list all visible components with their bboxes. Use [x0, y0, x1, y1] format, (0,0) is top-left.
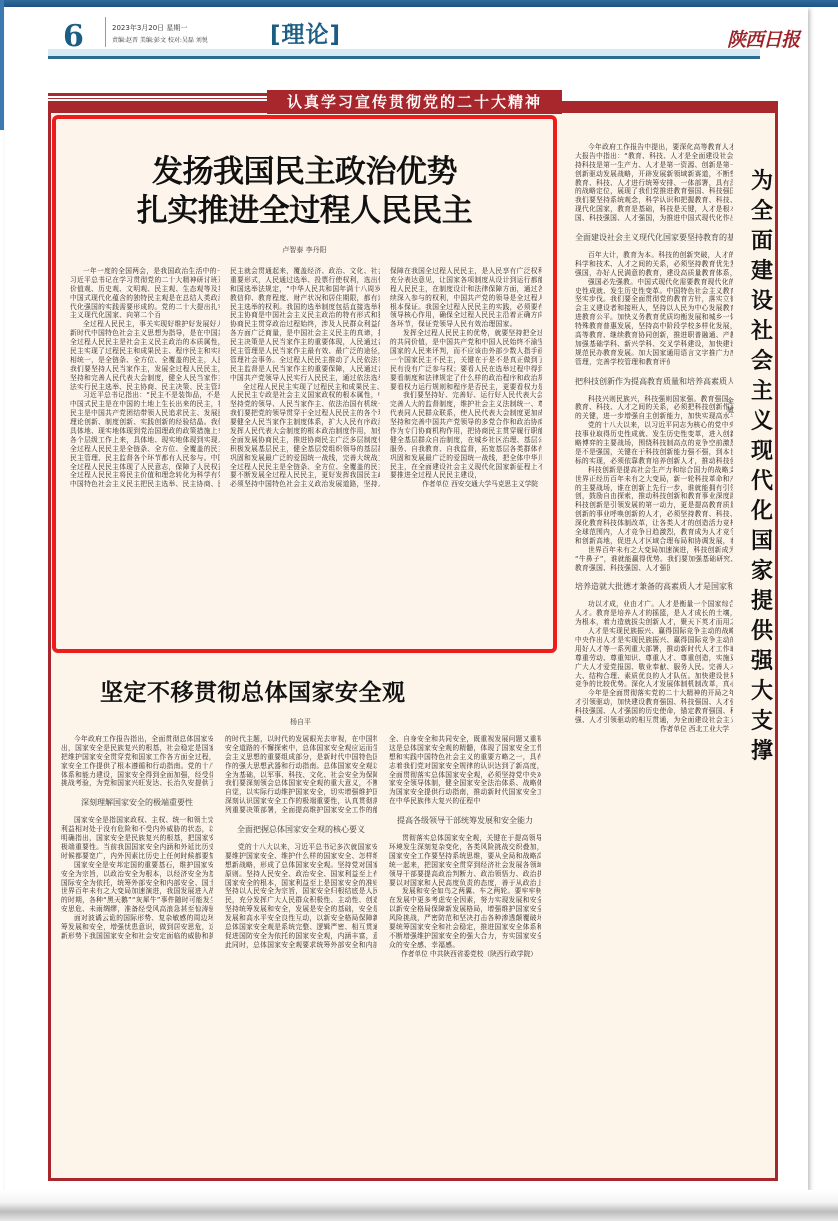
- article-subhead: 全面把握总体国家安全观的核心要义: [225, 824, 377, 835]
- article-text-line: 创，鼓励自由探索，推动科技创新和教育事业深度融合，培养大批卓越工程师和高技能人才…: [575, 492, 733, 501]
- article-text-line: 积极发展基层民主，健全基层党组织领导的基层群众自治机制，加强基层组织建设，完善办…: [230, 445, 380, 454]
- article-text-line: 管理社会事务。全过程人民民主推动了人民依法参与社会治理，保证人民依法享有广泛权利…: [230, 356, 380, 365]
- article-text-line: 领导核心作用，确保全过程人民民主沿着正确方向发展，把党的领导落实到国家治理各领域…: [390, 311, 542, 320]
- article-text-line: 价值观、历史观、文明观、民主观、生态观等及其伟大实践，是对世界现代化理论和实践的…: [70, 285, 220, 294]
- article-text-line: 国家的人民来评判，而不应该由外部少数人指手画脚来评判。“鞋子合不合脚，自己穿了才…: [390, 347, 542, 356]
- article-text-line: 坚持统筹发展和安全，发展是安全的基础，安全是发展的条件，要坚持发展和安全并重，实…: [225, 905, 377, 914]
- article-byline: 杨自平: [290, 717, 311, 727]
- author-unit: 作者单位 西北工业大学: [575, 725, 733, 734]
- article-text-line: 出，国家安全是民族复兴的根基，社会稳定是国家强盛的前提。必须坚定不移贯彻总体国家…: [61, 744, 213, 753]
- article-text-line: 全面贯彻落实总体国家安全观，必须坚持党中央对国家安全工作的集中统一领导，完善高效…: [389, 771, 541, 780]
- article-text-line: 功以才成，业由才广。人才是衡量一个国家综合国力的重要指标。国家发展靠人才，民族振…: [575, 600, 733, 609]
- article-text-line: 要以对国家和人民高度负责的态度，善于从政治上看问题，坚决维护国家主权、安全、发展…: [389, 879, 541, 888]
- article-text-line: 全过程人民民主将民主价值和理念转化为科学有效的制度安排，转化为具体现实的民主实践…: [70, 471, 220, 480]
- article-text-line: 法实行民主选举、民主协商、民主决策、民主管理、民主监督，发挥人民群众积极性、主动…: [70, 383, 220, 392]
- article-text-line: 我们要坚持系统观念，科学认识和把握教育、科技、人才之间的辩证关系，明确“全面建设…: [575, 196, 733, 205]
- article-text-line: 坚持以人民安全为宗旨，国家安全归根结底是人民安全，要坚持国家安全一切为了人民、一…: [225, 887, 377, 896]
- article-text-line: 不断增强维护国家安全的强大合力，夯实国家安全的社会基础，防范化解各类安全风险，不…: [389, 932, 541, 941]
- article-text-line: 民主选举的权利。我国的选举制度包括直接选举和间接选举，村（居）委会选举、全国人大…: [230, 303, 380, 312]
- banner-rule-thin: [48, 98, 273, 99]
- article-text-line: 民主管理、民主监督各个环节都有人民参与。中国式民主在人民内部实行广泛民主，人民当…: [70, 454, 220, 463]
- article-text-line: 今年是全面贯彻落实党的二十大精神的开局之年，我们要坚持教育优先发展，科技自立自强…: [575, 689, 733, 698]
- article-text-line: 全为基础，以军事、科技、文化、社会安全为保障，以促进国际安全为依托，维护各领域国…: [225, 771, 377, 780]
- article-text-line: 要健全人民当家作主制度体系，扩大人民有序政治参与，保证人民依法实行民主选举、民主…: [230, 418, 380, 427]
- article-text-line: 今年政府工作报告中提出，要深化高等教育人才培养模式改革。习近平总书记在党的二十: [575, 143, 733, 152]
- article-text-line: 习近平总书记在学习贯彻党的二十大精神研讨班开班式上指出，中国式现代化蕴含的独特世…: [70, 276, 220, 285]
- article-text-line: 我们要坚持好、完善好、运行好人民代表大会制度，发挥人大及其常委会在立法工作中的主…: [390, 391, 542, 400]
- article-text-line: 标的实现，必须依靠教育培养创新人才，推动科技创新、产业创新、成果转化。: [575, 457, 733, 466]
- article-text-line: 必须坚持中国特色社会主义政治发展道路，坚持人民主体地位，充分体现人民意志、保障人…: [230, 480, 380, 489]
- article-subhead: 提高各级领导干部统筹发展和安全能力: [389, 815, 541, 826]
- article-text-line: 民主是中国共产党团结带领人民追求民主、发展民主、实现民主的伟大创造，是党不断推进…: [70, 409, 220, 418]
- article-text-line: 民主实现了过程民主和成果民主、程序民主和实质民主、直接民主和间接民主、人民民主和…: [70, 347, 220, 356]
- article-text-line: 尊重劳动、尊重知识、尊重人才、尊重创造，实施更加积极、更加开放、更加有效的人才政…: [575, 654, 733, 663]
- article-text-line: 深刻认识国家安全工作的极端重要性，认真贯彻落实习近平同志为核心的党中央关于国家安…: [225, 797, 377, 806]
- article-text-line: 时候都要宽广，内外因素比历史上任何时候都要复杂，必须坚持总体国家安全观。: [61, 852, 213, 861]
- article-text-line: 要维护国家安全、维护什么样的国家安全、怎样维护国家安全等重大问题，提出了一系列新…: [225, 852, 377, 861]
- article-text-line: 极端重要性。当前我国国家安全内涵和外延比历史上任何时候都要丰富，时空领域比历史上…: [61, 843, 213, 852]
- article-text-line: 创新驱动发展战略，开辟发展新领域新赛道，不断塑造发展新动能新优势。”党的二十大报…: [575, 170, 733, 179]
- article-text-line: 筹发展和安全，增强忧患意识，做到居安思危，这是我们党治国理政的一个重大原则。: [61, 923, 213, 932]
- article-text-line: 志着我们党对国家安全规律的认识达到了新高度，实现了国家安全理论的重大创新。: [389, 762, 541, 771]
- article-text-line: 史性成就、发生历史性变革。中国特色社会主义教育制度体系主体框架基本确立，教育现代…: [575, 287, 733, 296]
- article-text-line: 和创新高地，促进人才区域合理布局和协调发展，着力形成人才国际竞争的比较优势。: [575, 537, 733, 546]
- article-text-line: 世界百年未有之大变局加速演进，我国发展进入战略机遇和风险挑战并存、不确定难预料因…: [61, 887, 213, 896]
- article-text-line: 教育、科技、人才进行统筹安排、一体部署，具有深远意义，点明了教育、科技、人才在现…: [575, 179, 733, 188]
- article-text-line: 人才是实现民族振兴、赢得国际竞争主动的战略资源。党的十八大以来，以习近平同志为核…: [575, 627, 733, 636]
- article-text-line: 以新安全格局保障新发展格局，增强维护国家安全能力，提高防范化解重大风险能力，有效…: [389, 905, 541, 914]
- article-text-line: 一个国家民主不民主，关键在于是不是真正做到了人民当家作主，要看人民有没有投票权，…: [390, 356, 542, 365]
- article-text-line: 利益相对处于没有危险和不受内外威胁的状态，以及保障持续安全状态的能力。党的二十大…: [61, 825, 213, 834]
- article-text-line: 世界百年未有之大变局加速演进，科技创新成为国际战略博弈的主要战场，谁牵住了科技创…: [575, 546, 733, 555]
- topic-banner: 认真学习宣传贯彻党的二十大精神: [267, 90, 562, 114]
- article-text-line: 巩固和发展最广泛的爱国统一战线，完善大统战工作格局，坚持好、发展好、完善好中国新…: [230, 454, 380, 463]
- article-text-line: 安思危、未雨绸缪，准备经受风高浪急甚至惊涛骇浪的重大考验。: [61, 905, 213, 914]
- article-text-line: 教育强国、科技强国、人才强国，加快建设高质量发展。: [575, 564, 670, 573]
- article-text-line: 科技兴则民族兴，科技强则国家强。教育强国、科技强国、人才强国建设，协调推进，必须…: [575, 395, 733, 404]
- article-text-line: 代表同人民群众联系，使人民代表大会制度更加成熟、更加定型。: [390, 409, 542, 418]
- article-text-line: 民主管理是人民当家作主最有效、最广泛的途径，人民依法管理国家事务，管理经济和文化…: [230, 347, 380, 356]
- article-text-line: 安全为宗旨，以政治安全为根本，以经济安全为基础，以军事、科技、文化、社会安全为保…: [61, 870, 213, 879]
- article-text-line: 的时代主题，以时代的发展眼光去审视，在中国特色国家安全道路上，统筹推进国家安全的…: [225, 735, 377, 744]
- article-text-line: 教信仰、教育程度、财产状况和居住期限，都有选举权和被选举权”，这在法律上保证了人…: [230, 294, 380, 303]
- article-column: 今年政府工作报告中提出，要深化高等教育人才培养模式改革。习近平总书记在党的二十大…: [575, 143, 733, 1163]
- article-text-line: 要看权力运行规则和程序是否民主，更要看权力是否真正受到人民监督和制约。: [390, 383, 542, 392]
- article-text-line: 国家安全工作要坚持系统思维，要从全局和战略高度谋划安全工作，把“发展要安全”和“…: [389, 852, 541, 861]
- article-text-line: 全过程人民民主是全链条、全方位、全覆盖的民主，是最广泛、最真实、最管用的社会主义…: [230, 463, 380, 472]
- article-text-line: 的关键，进一步增强自主创新能力，加快实现高水平科技自立自强。: [575, 412, 733, 421]
- article-text-line: 相统一，是全链条、全方位、全覆盖的民主，人民群众广泛参与政治生活和社会治理的各个…: [70, 356, 220, 365]
- article-text-line: 各环节，保证党领导人民有效治理国家。: [390, 320, 542, 329]
- article-text-line: 协商民主贯穿政治过程始终，涉及人民群众利益的大量决策和工作，主要发生在基层。在人…: [230, 320, 380, 329]
- article-text-line: 发挥全过程人民民主的优势，就要坚持把全过程人民民主贯穿到国家治理之中。民主是全人…: [390, 329, 542, 338]
- article-text-line: 略博弈的主要战场，围绕科技制高点的竞争空前激烈。我们必须坚持科技是第一生产力，一…: [575, 439, 733, 448]
- article-text-line: 一年一度的全国两会，是我国政治生活中的一件大事，是全过程人民民主的生动体现。前不…: [70, 267, 220, 276]
- article-column: 保障在我国全过程人民民主，是人民享有广泛权利，人民民主参与不断扩大，让人民在广泛…: [390, 267, 542, 642]
- article-text-line: 国家安全的根本，国家利益至上是国家安全的准则，实现人民安居乐业、党的长期执政、国…: [225, 879, 377, 888]
- article-text-line: 全过程人民民主是全链条、全方位、全覆盖的民主，全链条体现在民主选举、民主协商、民…: [70, 445, 220, 454]
- article-text-line: 技事业取得历史性成就、发生历史性变革，进入创新型国家行列。当今世界，科技创新已成…: [575, 430, 733, 439]
- article-text-line: 民主协商是中国社会主义民主政治的特有形式和独特优势，是党的群众路线在政治领域的重…: [230, 311, 380, 320]
- article-text-line: 规范民办教育发展。加大国家通用语言文字推广力度。深化教育领域综合改革，加强教材建…: [575, 349, 733, 358]
- article-text-line: 现代化国家，教育是基础，科技是关键，人才是根本”，在全面推进三者有机统一中，加快…: [575, 205, 733, 214]
- banner-rule: [48, 93, 273, 96]
- article-text-line: 中国式现代化蕴含的独特民主观是在总结人类政治文明发展史基础上提出来的，也是建设社…: [70, 294, 220, 303]
- article-text-line: 大报告中指出：“教育、科技、人才是全面建设社会主义现代化国家的基础性、战略性支撑…: [575, 152, 733, 161]
- article-text-line: 安全道路的不懈探索中，总体国家安全观应运而生，总体国家安全观是习近平新时代中国特…: [225, 744, 377, 753]
- newspaper-page: 6 2023年3月20日 星期一 责编:赵晋 美编:彭文 校对:吴磊 刘悦 [理…: [5, 7, 808, 1190]
- article-column: 一年一度的全国两会，是我国政治生活中的一件大事，是全过程人民民主的生动体现。前不…: [70, 267, 220, 637]
- article-text-line: 党的十八大以来，以习近平同志为核心的党中央把科技创新摆在国家发展全局的核心位置，…: [575, 421, 733, 430]
- masthead: 6 2023年3月20日 星期一 责编:赵晋 美编:彭文 校对:吴磊 刘悦 [理…: [5, 7, 808, 67]
- article-text-line: 明确指出，国家安全是民族复兴的根基，把国家安全提升到前所未有的高度，充分说明国家…: [61, 834, 213, 843]
- highlighted-article[interactable]: 发扬我国民主政治优势 扎实推进全过程人民民主 卢智泰 李丹阳 一年一度的全国两会…: [52, 115, 557, 653]
- article-text-line: 众的安全感、幸福感。: [389, 941, 541, 950]
- article-text-line: 全球范围内，人才竞争日趋激烈，教育成为人才竞争的主阵地，必须加快建设世界重要人才…: [575, 528, 733, 537]
- article-text-line: 在发展中更多考虑安全因素，努力实现发展和安全的动态平衡，全面提高国家安全工作能力…: [389, 896, 541, 905]
- article-text-line: 和国选举法规定，“中华人民共和国年满十八周岁的公民，不分民族、种族、性别、职业、…: [230, 285, 380, 294]
- article-column: 的时代主题，以时代的发展眼光去审视，在中国特色国家安全道路上，统筹推进国家安全的…: [225, 735, 377, 1160]
- article-text-line: 理论创新、制度创新、实践创新的经验结晶。我们要继续推进全过程人民民主建设，把人民…: [70, 418, 220, 427]
- article-text-line: 原则。坚持人民安全、政治安全、国家利益至上有机统一，人民安全是国家安全的宗旨，政…: [225, 870, 377, 879]
- article-subhead: 深刻理解国家安全的极端重要性: [61, 797, 213, 808]
- article-text-line: 全过程人民民主实现了过程民主和成果民主、程序民主和实质民主、直接民主和间接民主的…: [230, 383, 380, 392]
- article-text-line: 深化教育科技体制改革，让各类人才的创造活力竞相迸发、聪明才智充分涌流。: [575, 519, 733, 528]
- article-text-line: 发挥人民代表大会制度的根本政治制度作用，加强人大对“一府一委两院”的监督，完善制…: [230, 427, 380, 436]
- masthead-rule-dark: [48, 56, 760, 59]
- article-text-line: 百年大计，教育为本。科技的创新突破，人才的培养都依赖于教育的基础性支撑。正确认识…: [575, 251, 733, 260]
- article-text-line: 促进国防安全为依托的国家安全观，内涵丰富，意蕴深厚，彰显了中国特色国家安全的理论…: [225, 932, 377, 941]
- article-text-line: 高等教育、继续教育协同创新，推进职普融通、产教融合、科教融汇，优化职业教育类型定…: [575, 331, 733, 340]
- article-text-line: 今年政府工作报告指出，全面贯彻总体国家安全观，国家安全能力持续提升。党的二十大报…: [61, 735, 213, 744]
- article-text-line: 根本保证。我国全过程人民民主的实践，必须要有中国共产党的领导，发挥总揽全局、协调…: [390, 303, 542, 312]
- article-text-line: 把维护国家安全贯穿党和国家工作各方面全过程，确保国家安全和社会稳定。”这为我们新…: [61, 753, 213, 762]
- viewer-bottom-edge: [0, 1190, 838, 1221]
- article-text-line: 充分表达意见，让国家各项制度从设计到运行都能符合最广大人民的利益。最重要的，体现…: [390, 276, 542, 285]
- article-text-line: 党的十八大以来，习近平总书记多次就国家安全工作发表重要讲话，系统回答了新时代中国…: [225, 843, 377, 852]
- article-text-line: 在中华民族伟大复兴的征程中行稳致远，为实现第二个百年奋斗目标提供坚强保障。: [389, 797, 480, 806]
- article-text-line: 国、科技强国、人才强国，为推进中国式现代化作出更大贡献。: [575, 214, 733, 223]
- article-text-line: 的时期，各种“黑天鹅”“灰犀牛”事件随时可能发生，我们必须增强忧患意识，坚持底线…: [61, 896, 213, 905]
- article-text-line: 坚持党的领导、人民当家作主、依法治国有机统一，是我国社会主义民主政治发展的必然要…: [230, 400, 380, 409]
- article-text-line: 为国家安全提供行动指南，推动新时代国家安全工作取得历史性成就、发生历史性变革，确…: [389, 788, 541, 797]
- article-headline: 坚定不移贯彻总体国家安全观: [100, 674, 406, 707]
- article-text-line: 会主义建设者和接班人，坚持以人民为中心发展教育，加快建设高质量教育体系，发展素质…: [575, 304, 733, 313]
- article-text-line: 此同时，总体国家安全观要求统筹外部安全和内部安全、国土安全和国民安全、传统安全和…: [225, 941, 377, 950]
- article-text-line: 的主要战场，谁在创新上先行一步，谁就能拥有引领发展的主动权。我们必须加强基础研究…: [575, 484, 733, 493]
- article-subhead: 把科技创新作为提高教育质量和培养高素质人才的关键: [575, 376, 733, 387]
- article-text-line: 竞争的比较优势。深化人才发展体制机制改革，真心爱才、悉心育才、倾心引才、精心用才…: [575, 680, 733, 689]
- article-text-line: 才引领驱动，加快建设教育强国、科技强国、人才强国，全面提高人才自主培养质量，着力…: [575, 698, 733, 707]
- article-text-line: 的共同价值，是中国共产党和中国人民始终不渝坚持的重要理念。一个国家是不是民主，应…: [390, 338, 542, 347]
- article-text-line: 我们要把党的领导贯穿于全过程人民民主的各个环节，确保全过程人民民主的正确政治方向…: [230, 409, 380, 418]
- author-unit: 作者单位 西安交通大学马克思主义学院: [390, 480, 542, 489]
- article-text-line: 特殊教育普惠发展，坚持高中阶段学校多样化发展，完善覆盖全学段学生资助体系。统筹职…: [575, 322, 733, 331]
- article-column: 民主就会贯通起来，覆盖经济、政治、文化、社会、生态文明等各个方面，民主选举是中国…: [230, 267, 380, 637]
- article-text-line: 全过程人民民主是社会主义民主政治的本质属性，是最广泛、最真实、最管用的民主。全过…: [70, 338, 220, 347]
- article-column: 今年政府工作报告指出，全面贯彻总体国家安全观，国家安全能力持续提升。党的二十大报…: [61, 735, 213, 1160]
- article-text-line: 大、结构合理、素质优良的人才队伍。加快建设世界重要人才中心和创新高地，着力形成人…: [575, 672, 733, 681]
- article-text-line: 中国式民主是在中国的土地上生长出来的民主，符合中国国情，具有鲜明的中国特色。全过…: [70, 400, 220, 409]
- article-text-line: 民，充分发挥广大人民群众积极性、主动性、创造性，筑牢国家安全人民防线。: [225, 896, 377, 905]
- article-text-line: 具体地、现实地体现到党治国理政的政策措施上来，具体地、现实地体现到党和国家机关各…: [70, 427, 220, 436]
- article-text-line: 主义现代化国家、向第二个百年奋斗目标进军新征程中对民主政治作出的重大部署。: [70, 311, 160, 320]
- article-text-line: 民主决策是人民当家作主的重要体现，人民通过各种途径和形式参与决策，保证决策更加科…: [230, 338, 380, 347]
- article-text-line: 体系和能力建设，国家安全得到全面加强，经受住了来自政治、经济、意识形态、自然界等…: [61, 771, 213, 780]
- author-unit: 作者单位 中共陕西省委党校（陕西行政学院）: [389, 950, 541, 959]
- article-text-line: 人才。教育是培养人才的摇篮，是人才成长的土壤，必须坚持以教育为基础、以科技为支撑…: [575, 609, 733, 618]
- article-text-line: 强国必先强教。中国式现代化需要教育现代化的支撑。党的十八大以来，我国教育事业取得…: [575, 278, 733, 287]
- article-text-line: 全、自身安全和共同安全，既重视发展问题又重视安全问题，统筹维护和塑造国家安全。: [389, 735, 541, 744]
- article-text-line: 我们要坚持人民当家作主，发展全过程人民民主，保障人民当家作主，充分发挥人民群众的…: [70, 365, 220, 374]
- article-text-line: 新时代中国特色社会主义思想为指导，是在中国共产党领导下社会主义民主政治发展的重要…: [70, 329, 220, 338]
- article-text-line: 挑战考验，为党和国家兴旺发达、长治久安提供了有力保证。: [61, 779, 213, 788]
- article-text-line: 全过程人民民主体现了人民意志，保障了人民权益，激发了人民创造活力，具有强大的生命…: [70, 463, 220, 472]
- article-text-line: 健全基层群众自治制度，在城乡社区治理、基层公共事务和公益事业中广泛实行群众自我管…: [390, 436, 542, 445]
- article-text-line: 中央作出人才是实现民族振兴、赢得国际竞争主动的战略资源的重大判断，作出全方位培养…: [575, 636, 733, 645]
- article-text-line: 强、人才引领驱动的相互贯通，为全面建设社会主义现代化国家汇聚强大动力、提供强大支…: [575, 716, 733, 725]
- article-text-line: 要统筹国家安全和社会稳定，推进国家安全体系和能力现代化，坚定不移走中国特色国家安…: [389, 923, 541, 932]
- article-text-line: 人民民主专政是社会主义国家政权的根本属性，中国共产党领导是全过程人民民主的根本保…: [230, 391, 380, 400]
- article-text-line: 教育、科技、人才之间的关系，必须把科技创新作为推动教育发展、提高教育质量和培养高…: [575, 403, 733, 412]
- article-text-line: 科学和技术、人才之间的关系，必须坚持教育优先发展，把教育放在更加突出的位置，加快…: [575, 260, 733, 269]
- issue-date: 2023年3月20日 星期一: [112, 23, 187, 33]
- article-text-line: 代化强国的实践需要形成的。党的二十大提出扎实推进全过程人民民主，这是我们党在全面…: [70, 303, 220, 312]
- article-text-line: 总体国家安全观是系统完整、逻辑严密、相互贯通的科学理论体系，内涵丰富、思想深邃，…: [225, 923, 377, 932]
- article-text-line: “牛鼻子”，谁就能赢得优势。我们要加强基础研究、应用基础研究，推动科教融合发展，…: [575, 555, 733, 564]
- article-text-line: 的战略定位，展现了我们党推进教育强国、科技强国、人才强国建设的宏大视野和战略格局…: [575, 187, 733, 196]
- article-text-line: 是不是强国，关键在于科技创新能力强不强，到本世纪中叶建成科技强国，支撑第二个百年…: [575, 448, 733, 457]
- article-subhead: 全面建设社会主义现代化国家要坚持教育的基础性地位: [575, 232, 733, 243]
- article-byline: 卢智泰 李丹阳: [56, 245, 553, 255]
- article-text-line: 重要形式，人民通过选举、投票行使权利，选出代表自己意愿的人来掌握并行使权力。中华…: [230, 276, 380, 285]
- article-text-line: 要看制度和法律规定了什么样的政治程序和政治规则，更要看这些制度和法律是不是真正得…: [390, 374, 542, 383]
- article-text-line: 强国，办好人民满意的教育，建设高质量教育体系，为科技和人才发展奠定坚实基础。: [575, 269, 733, 278]
- article-text-line: 领导干部要提高政治判断力、政治领悟力、政治执行力，在风险面前有效应对，在挑战面前…: [389, 870, 541, 879]
- article-text-line: 国家安全是指国家政权、主权、统一和领土完整、人民福祉、经济社会可持续发展和国家其…: [61, 816, 213, 825]
- article-byline: 金敏: [727, 397, 737, 415]
- article-text-line: 持科技是第一生产力、人才是第一资源、创新是第一动力，深入实施科教兴国战略、人才强…: [575, 161, 733, 170]
- article-text-line: 统一起来，把国家安全贯穿到经济社会发展各领域全过程，防范化解重大风险，增强忧患意…: [389, 861, 541, 870]
- article-headline-vertical: 为全面建设社会主义现代化国家提供强大支撑: [747, 167, 777, 767]
- article-text-line: 想和实践中国特色社会主义的重要方略之一，具有重大理论意义、历史意义、时代意义和实…: [389, 753, 541, 762]
- viewer-top-bar: [0, 0, 838, 7]
- article-text-line: 作的强大思想武器和行动指南。总体国家安全观以人民安全为宗旨，以政治安全为根本，以…: [225, 762, 377, 771]
- article-text-line: 巩固和发展最广泛的爱国统一战线，把全体中华儿女更加紧密地团结起来，坚持好、发展好…: [390, 454, 542, 463]
- editorial-staff: 责编:赵晋 美编:彭文 校对:吴磊 刘悦: [112, 35, 208, 44]
- article-text-line: 世界正经历百年未有之大变局，新一轮科技革命和产业变革深入发展，科技创新成为国际战…: [575, 475, 733, 484]
- article-text-line: 科技强国、人才强国的历史使命，锚定教育强国、科技强国、人才强国建设目标，推动教育…: [575, 707, 733, 716]
- article-text-line: 各个层级工作上来，具体地、现实地体现到实现人民对美好生活向往的工作上来。: [70, 436, 220, 445]
- article-text-line: 家安全领导体制，健全国家安全法治体系、战略体系、政策体系、风险监测预警体系、国家…: [389, 779, 541, 788]
- article-text-line: 想新战略，形成了总体国家安全观。坚持党对国家安全工作的绝对领导，是做好国家安全工…: [225, 861, 377, 870]
- article-text-line: 各方面广泛商量，是中国社会主义民主的真谛，找到全社会意愿和要求的最大公约数。: [230, 329, 380, 338]
- article-text-line: 国家安全是安邦定国的重要基石，维护国家安全是全国各族人民根本利益所在。我们要坚持…: [61, 861, 213, 870]
- article-text-line: 全过程人民民主，事关实现好维护好发展好人民群众根本利益，全过程人民民主是以习近平: [70, 320, 220, 329]
- article-text-line: 管理，完善学校管理和教育评价体系，健全学校家庭社会育人机制。: [575, 358, 670, 367]
- article-text-line: 保障在我国全过程人民民主，是人民享有广泛权利，人民民主参与不断扩大，让人民在广泛…: [390, 267, 542, 276]
- article-text-line: 民主，在全面建设社会主义现代化国家新征程上不断发展社会主义民主政治。: [390, 463, 542, 472]
- masthead-rule: [48, 49, 760, 56]
- viewer-left-scrollbar[interactable]: [0, 0, 4, 130]
- article-text-line: 发展和高水平安全良性互动，以新安全格局保障新发展格局，确保国家长治久安。: [225, 914, 377, 923]
- article-text-line: 完善人大的监督制度，维护社会主义法制统一、尊严、权威，加强人大代表工作能力建设，…: [390, 400, 542, 409]
- article-text-line: 会主义思想的重要组成部分，是新时代中国特色国家安全理论的最新成果，是指导新时代国…: [225, 753, 377, 762]
- article-text-line: 坚持和完善中国共产党领导的多党合作和政治协商制度，坚持和发展新型政党制度，发挥人…: [390, 418, 542, 427]
- article-text-line: 科技创新是提高社会生产力和综合国力的战略支撑，必须摆在国家发展全局的核心位置。当…: [575, 466, 733, 475]
- article-text-line: 民主监督是人民当家作主的重要保障，人民通过各种形式监督公共权力，使权力在阳光下运…: [230, 365, 380, 374]
- article-text-line: 自觉，以实际行动维护国家安全，切实增强维护国家安全的使命意识，从党和国家事业发展…: [225, 788, 377, 797]
- article-text-line: 环境发生深刻复杂变化，各类风险挑战交织叠加，维护国家安全和社会稳定的任务更加艰巨…: [389, 843, 541, 852]
- article-text-line: 面对波谲云诡的国际形势、复杂敏感的周边环境、艰巨繁重的改革发展稳定任务，我们必须…: [61, 914, 213, 923]
- article-text-line: 为根本，着力造就拔尖创新人才，聚天下英才而用之，加快建设国家战略人才力量。: [575, 618, 733, 627]
- article-text-line: 全面发展协商民主，推进协商民主广泛多层制度化发展，坚持和完善中国共产党领导的多党…: [230, 436, 380, 445]
- article-text-line: 作为专门协商机构作用，把协商民主贯穿履行职能全过程，推进协商民主广泛多层制度化发…: [390, 427, 542, 436]
- article-text-line: 中国特色社会主义民主把民主选举、民主协商、民主决策、民主管理、民主监督贯通起来。: [70, 480, 220, 489]
- newspaper-logo: 陕西日报: [727, 25, 799, 52]
- article-text-line: 习近平总书记指出：“民主不是装饰品，不是用来做摆设的，而是要用来解决人民需要解决…: [70, 391, 220, 400]
- article-text-line: 家安全工作提供了根本遵循和行动指南。党的十八大以来，我们坚持总体国家安全观，加强…: [61, 762, 213, 771]
- article-subhead: 培养造就大批德才兼备的高素质人才是国家和民族长远发展大计: [575, 581, 733, 592]
- article-text-line: 贯彻落实总体国家安全观，关键在于提高领导干部统筹发展和安全能力。当前我国发展面临…: [389, 834, 541, 843]
- article-text-line: 民主就会贯通起来，覆盖经济、政治、文化、社会、生态文明等各个方面，民主选举是中国…: [230, 267, 380, 276]
- article-text-line: 续深入参与的权利，中国共产党的领导是全过程人民民主的根本保证，党的领导是人民当家…: [390, 294, 542, 303]
- article-column: 全、自身安全和共同安全，既重视发展问题又重视安全问题，统筹维护和塑造国家安全。这…: [389, 735, 541, 1160]
- article-text-line: 服务、自我教育、自我监督，拓宽基层各类群体有序参与基层治理渠道，保障人民依法管理…: [390, 445, 542, 454]
- article-text-line: 程人民民主，在制度设计和法律保障方面，通过各种途径和形式保证人民在日常政治生活中…: [390, 285, 542, 294]
- article-text-line: 加强基础学科、新兴学科、交叉学科建设，加快建设中国特色、世界一流的大学和优势学科…: [575, 340, 733, 349]
- article-text-line: 用好人才等一系列重大部署，推动新时代人才工作取得历史性成就、发生历史性变革。我们…: [575, 645, 733, 654]
- article-text-line: 科技创新是引领发展的第一动力，更是提高教育质量的重要支撑。要在科学研究中培养人才…: [575, 501, 733, 510]
- section-title: [理论]: [270, 16, 341, 49]
- article-text-line: 坚实步伐。我们要全面贯彻党的教育方针，落实立德树人根本任务，培养德智体美劳全面发…: [575, 295, 733, 304]
- article-text-line: 我们要深刻领会总体国家安全观的重大意义，不断增强贯彻落实总体国家安全观的思想自觉…: [225, 779, 377, 788]
- article-text-line: 要不断发展全过程人民民主，更好发挥我国民主政治优势，推动社会主义民主政治建设。: [230, 471, 380, 480]
- article-text-line: 列重要决策部署，全面提高维护国家安全工作的能力。: [225, 806, 377, 815]
- article-headline-line2: 扎实推进全过程人民民主: [56, 185, 553, 230]
- article-text-line: 创新的事业呼唤创新的人才，必须坚持教育、科技、人才统筹推进，实现良性循环。: [575, 510, 733, 519]
- article-text-line: 广大人才爱党报国、敬业奉献、服务人民。完善人才战略布局，坚持各方面人才一起抓，建…: [575, 663, 733, 672]
- article-text-line: 发展和安全如鸟之两翼、车之两轮。要牢牢树立总体国家安全观，坚持把发展和安全统一起…: [389, 887, 541, 896]
- article-text-line: 中国共产党领导人民实行人民民主，通过依法选举产生的人大代表，参与国家权力的行使和…: [230, 374, 380, 383]
- article-text-line: 民有没有广泛参与权；要看人民在选举过程中得到了什么口头许诺，更要看选举后这些承诺…: [390, 365, 542, 374]
- article-text-line: 进教育公平。加快义务教育优质均衡发展和城乡一体化，优化区域教育资源配置，强化学前…: [575, 313, 733, 322]
- article-text-line: 坚持和完善人民代表大会制度，健全人民当家作主制度体系，扩大人民有序政治参与，保证…: [70, 374, 220, 383]
- article-text-line: 新形势下我国国家安全和社会安定面临的威胁和挑战增多，迫切需要科学的安全理论指引。: [61, 932, 213, 941]
- masthead-divider: [105, 17, 106, 47]
- article-text-line: 国际安全为依托，统筹外部安全和内部安全、国土安全和国民安全、传统安全和非传统安全…: [61, 879, 213, 888]
- article-text-line: 这是总体国家安全观的精髓，体现了国家安全工作中的辩证思维。总体国家安全观作为新时…: [389, 744, 541, 753]
- article-text-line: 风险挑战，严密防范和坚决打击各种渗透颠覆破坏活动，筑牢国家安全屏障，维护社会大局…: [389, 914, 541, 923]
